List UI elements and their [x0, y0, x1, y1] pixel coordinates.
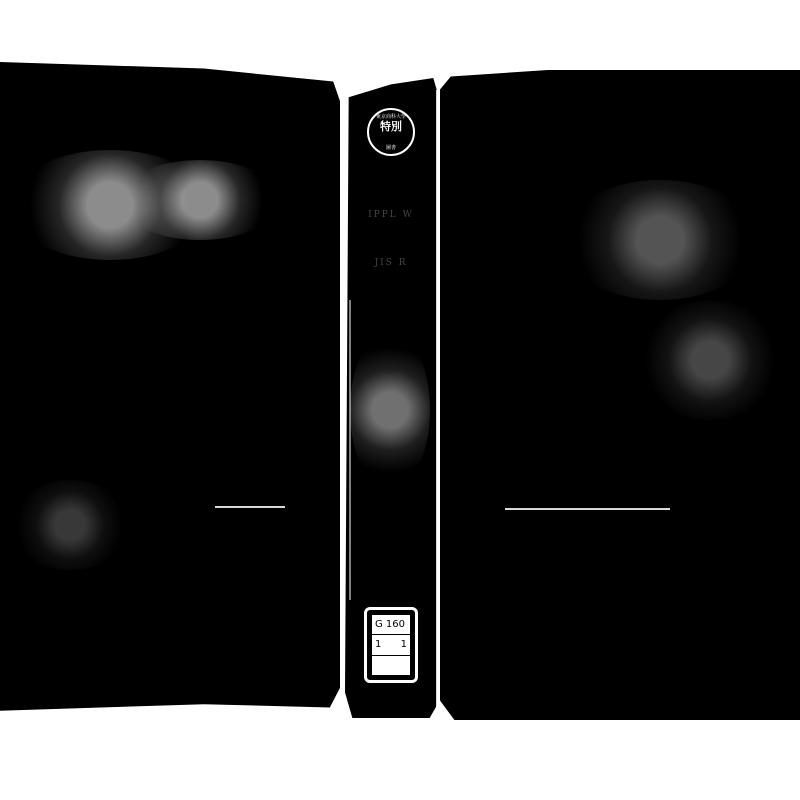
scratch	[215, 506, 285, 508]
spine-title-band: JIS R	[356, 258, 426, 268]
stamp-top-text: 東京商科大學	[369, 113, 413, 120]
library-stamp: 東京商科大學 特別 圖書	[367, 108, 415, 156]
wear-texture	[640, 300, 780, 420]
spine-edge	[349, 300, 351, 600]
volume-right: 1	[401, 639, 407, 650]
stamp-center-text: 特別	[369, 121, 413, 132]
wear-texture	[120, 160, 280, 240]
stamp-bottom-text: 圖書	[369, 144, 413, 151]
scratch	[505, 508, 670, 510]
volume-left: 1	[375, 639, 381, 650]
wear-texture	[560, 180, 760, 300]
wear-texture	[350, 330, 430, 490]
label-blank-row	[372, 656, 410, 675]
spine-title-band: IPPL W	[356, 210, 426, 220]
wear-texture	[10, 480, 130, 570]
call-number: G 160	[372, 615, 410, 635]
spine-hinge	[436, 90, 438, 710]
volume-row: 1 1	[372, 635, 410, 655]
call-number-label: G 160 1 1	[364, 607, 418, 683]
